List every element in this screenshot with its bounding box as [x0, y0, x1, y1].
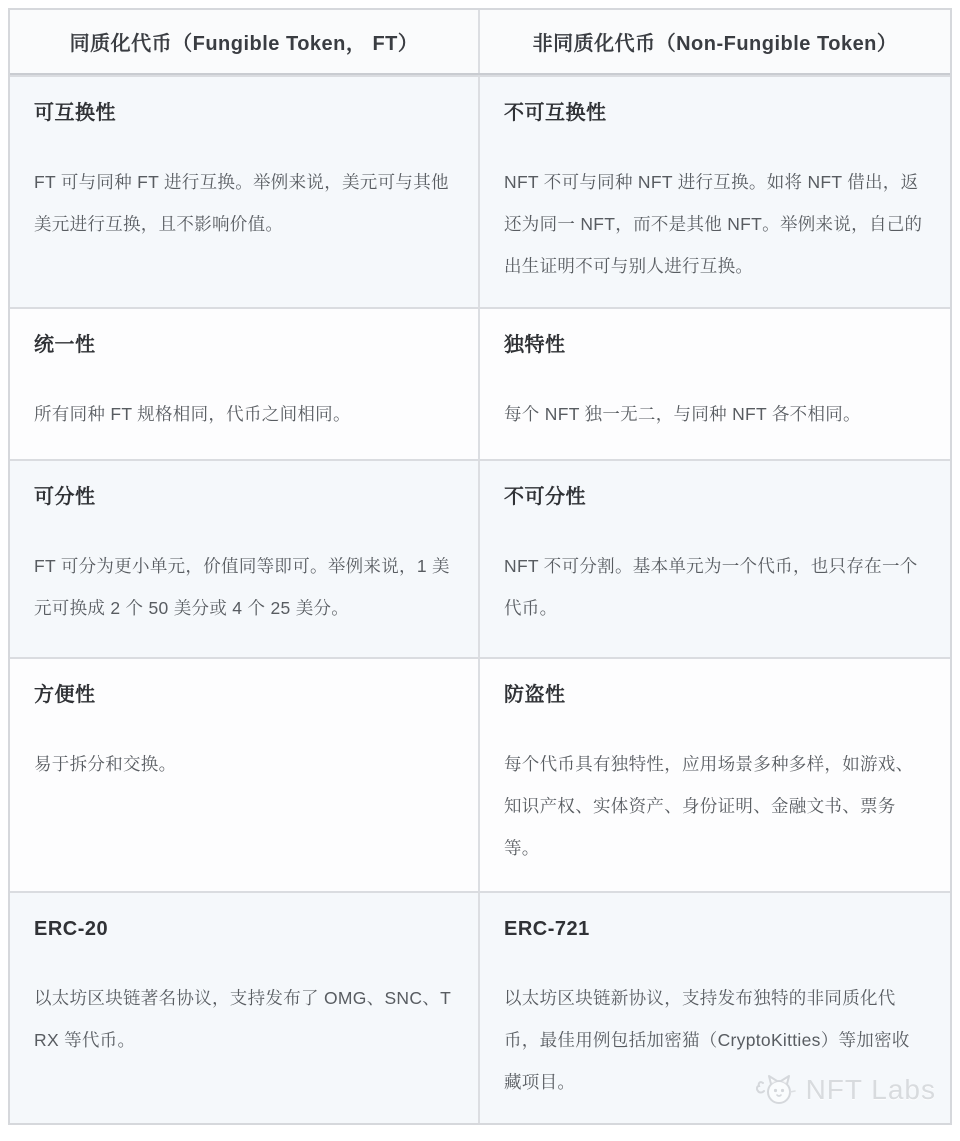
table-header-row: 同质化代币（Fungible Token， FT） 非同质化代币（Non-Fun… — [10, 10, 950, 75]
cell-body: 每个 NFT 独一无二，与同种 NFT 各不相同。 — [504, 393, 926, 435]
cell-ft-interchangeability: 可互换性 FT 可与同种 FT 进行互换。举例来说，美元可与其他美元进行互换，且… — [10, 77, 480, 307]
cell-body: 所有同种 FT 规格相同，代币之间相同。 — [34, 393, 454, 435]
cell-nft-theft-proof: 防盗性 每个代币具有独特性，应用场景多种多样，如游戏、知识产权、实体资产、身份证… — [480, 659, 950, 891]
cell-title: 不可互换性 — [504, 99, 926, 127]
header-cell-ft: 同质化代币（Fungible Token， FT） — [10, 10, 480, 73]
table-row: 方便性 易于拆分和交换。 防盗性 每个代币具有独特性，应用场景多种多样，如游戏、… — [10, 657, 950, 891]
cell-title: 独特性 — [504, 331, 926, 359]
header-cell-nft: 非同质化代币（Non-Fungible Token） — [480, 10, 950, 73]
cell-body: FT 可与同种 FT 进行互换。举例来说，美元可与其他美元进行互换，且不影响价值… — [34, 161, 454, 245]
cell-body: NFT 不可分割。基本单元为一个代币，也只存在一个代币。 — [504, 545, 926, 629]
cell-body: 易于拆分和交换。 — [34, 743, 454, 785]
cell-nft-indivisibility: 不可分性 NFT 不可分割。基本单元为一个代币，也只存在一个代币。 — [480, 461, 950, 657]
cell-erc721: ERC-721 以太坊区块链新协议，支持发布独特的非同质化代币，最佳用例包括加密… — [480, 893, 950, 1123]
cell-body: 每个代币具有独特性，应用场景多种多样，如游戏、知识产权、实体资产、身份证明、金融… — [504, 743, 926, 869]
cell-title: 统一性 — [34, 331, 454, 359]
table-row: 可互换性 FT 可与同种 FT 进行互换。举例来说，美元可与其他美元进行互换，且… — [10, 75, 950, 307]
cell-title: ERC-721 — [504, 915, 926, 943]
cell-ft-uniformity: 统一性 所有同种 FT 规格相同，代币之间相同。 — [10, 309, 480, 459]
cell-title: ERC-20 — [34, 915, 454, 943]
cell-nft-non-interchangeability: 不可互换性 NFT 不可与同种 NFT 进行互换。如将 NFT 借出，返还为同一… — [480, 77, 950, 307]
table-row: ERC-20 以太坊区块链著名协议，支持发布了 OMG、SNC、TRX 等代币。… — [10, 891, 950, 1123]
article-page: 同质化代币（Fungible Token， FT） 非同质化代币（Non-Fun… — [0, 0, 960, 1141]
ft-nft-comparison-table: 同质化代币（Fungible Token， FT） 非同质化代币（Non-Fun… — [8, 8, 952, 1125]
cell-ft-divisibility: 可分性 FT 可分为更小单元，价值同等即可。举例来说，1 美元可换成 2 个 5… — [10, 461, 480, 657]
cell-body: NFT 不可与同种 NFT 进行互换。如将 NFT 借出，返还为同一 NFT，而… — [504, 161, 926, 287]
cell-body: 以太坊区块链新协议，支持发布独特的非同质化代币，最佳用例包括加密猫（Crypto… — [504, 977, 926, 1103]
cell-title: 可分性 — [34, 483, 454, 511]
table-row: 统一性 所有同种 FT 规格相同，代币之间相同。 独特性 每个 NFT 独一无二… — [10, 307, 950, 459]
cell-title: 防盗性 — [504, 681, 926, 709]
cell-title: 可互换性 — [34, 99, 454, 127]
cell-body: 以太坊区块链著名协议，支持发布了 OMG、SNC、TRX 等代币。 — [34, 977, 454, 1061]
cell-body: FT 可分为更小单元，价值同等即可。举例来说，1 美元可换成 2 个 50 美分… — [34, 545, 454, 629]
cell-ft-convenience: 方便性 易于拆分和交换。 — [10, 659, 480, 891]
cell-nft-uniqueness: 独特性 每个 NFT 独一无二，与同种 NFT 各不相同。 — [480, 309, 950, 459]
table-row: 可分性 FT 可分为更小单元，价值同等即可。举例来说，1 美元可换成 2 个 5… — [10, 459, 950, 657]
cell-title: 方便性 — [34, 681, 454, 709]
cell-title: 不可分性 — [504, 483, 926, 511]
cell-erc20: ERC-20 以太坊区块链著名协议，支持发布了 OMG、SNC、TRX 等代币。 — [10, 893, 480, 1123]
